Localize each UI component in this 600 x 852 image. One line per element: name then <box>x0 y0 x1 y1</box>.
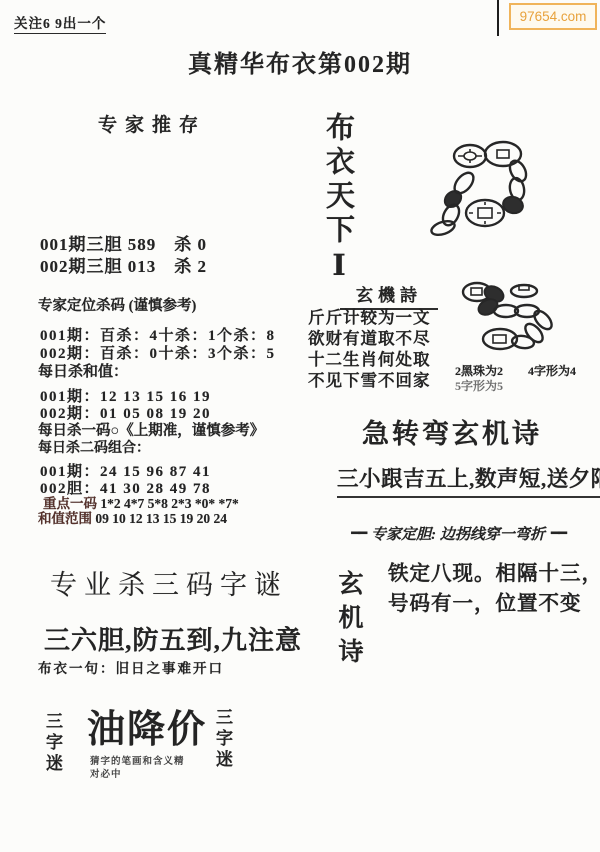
sharp-turn-poem-heading: 急转弯玄机诗 <box>362 412 542 451</box>
mystery-poem-heading: 玄機詩 <box>340 281 438 310</box>
three-char-riddle-label-right: 三字迷 <box>210 708 235 788</box>
poem-line: 斤斤计较为一文 <box>308 307 431 328</box>
two-code-heading: 每日杀二码组合： <box>38 437 150 457</box>
daily-sum-kill-heading: 每日杀和值： <box>38 360 128 381</box>
banner-decor-left: ━━ <box>351 524 365 543</box>
poem-line: 十二生肖何处取 <box>308 349 431 370</box>
expert-dan-banner: ━━ 专家定胆: 边拐线穿一弯折 ━━ <box>330 523 586 544</box>
coin-bead-doodle-top-icon <box>425 123 540 238</box>
lottery-tip-sheet: 关注6 9出一个 97654.com 真精华布衣第002期 专家推存 001期三… <box>0 0 600 852</box>
follow-note: 关注6 9出一个 <box>14 12 106 34</box>
sum-range-values: 09 10 12 13 15 19 20 24 <box>95 511 227 526</box>
coin-shape <box>511 285 537 297</box>
cloth-world-vertical-title: 布衣天下Ⅰ <box>318 112 359 292</box>
banner-decor-right: ━━ <box>551 524 565 543</box>
riddle-answer-word: 油降价 <box>87 698 207 753</box>
watermark-badge: 97654.com <box>509 3 597 30</box>
dan-row: 002期三胆 013 杀 2 <box>40 252 207 277</box>
coin-shape <box>485 142 521 166</box>
coin-bead-doodle-bottom-icon <box>450 276 565 361</box>
riddle-hint-note: 对必中 <box>90 766 122 780</box>
page-title: 真精华布衣第002期 <box>0 44 600 79</box>
expert-dan-text: 专家定胆: 边拐线穿一弯折 <box>371 523 545 544</box>
watermark-divider <box>497 0 499 36</box>
poem-line: 不见下雪不回家 <box>308 370 431 391</box>
kill-three-riddle-heading: 专业杀三码字谜 <box>50 563 288 602</box>
bead-caption: 4字形为4 <box>528 362 576 379</box>
coin-shape <box>454 145 486 167</box>
position-kill-heading: 专家定位杀码 (谨慎参考) <box>38 294 196 315</box>
sharp-turn-poem-line: 三小跟吉五上,数声短,送夕阳 <box>337 462 600 498</box>
riddle-hint-note: 猜字的笔画和含义精 <box>90 753 185 767</box>
mystery-hint-line: 铁定八现。相隔十三， <box>388 556 600 586</box>
coin-shape <box>466 200 504 226</box>
kill-three-riddle-line: 三六胆,防五到,九注意 <box>44 620 302 657</box>
mystery-poem-vertical-label: 玄机诗 <box>330 570 366 690</box>
sum-range-line: 和值范围 09 10 12 13 15 19 20 24 <box>38 507 227 527</box>
mystery-hint-line: 号码有一，位置不变 <box>388 586 582 616</box>
mystery-poem-lines: 斤斤计较为一文 欲财有道取不尽 十二生肖何处取 不见下雪不回家 <box>308 307 431 391</box>
sum-range-label: 和值范围 <box>38 511 92 526</box>
buyi-phrase: 布衣一句：旧日之事难开口 <box>38 657 224 677</box>
expert-recommend-heading: 专家推存 <box>98 110 206 137</box>
three-char-riddle-label-left: 三字迷 <box>40 712 65 792</box>
poem-line: 欲财有道取不尽 <box>308 328 431 349</box>
bead-caption: 5字形为5 <box>455 377 503 394</box>
